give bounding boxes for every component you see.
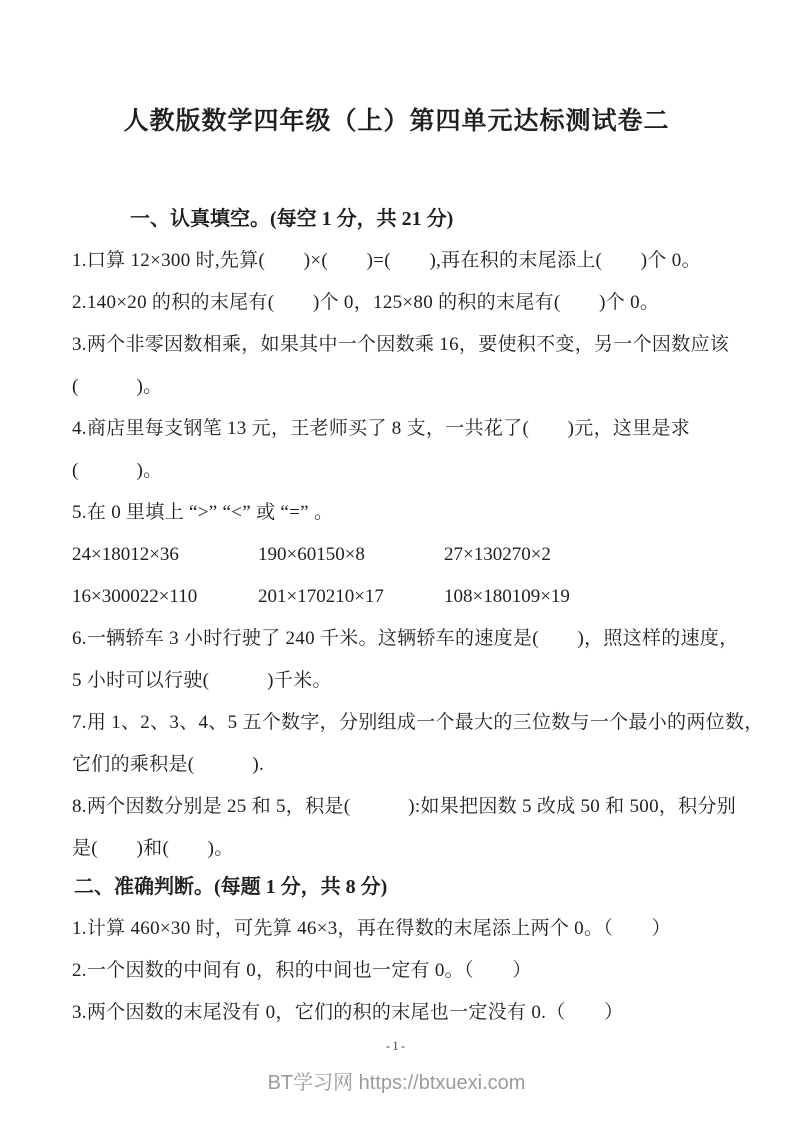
section-fill-heading: 一、认真填空。(每空 1 分，共 21 分) xyxy=(72,206,737,232)
page-number: -1- xyxy=(0,1038,793,1054)
compare-item: 108×180109×19 xyxy=(444,576,737,618)
fill-q3-line2: ( )。 xyxy=(72,366,737,408)
worksheet-body: 一、认真填空。(每空 1 分，共 21 分) 1.口算 12×300 时,先算(… xyxy=(0,206,793,1034)
compare-item: 201×170210×17 xyxy=(258,576,444,618)
judge-q3: 3.两个因数的末尾没有 0，它们的积的末尾也一定没有 0.（ ） xyxy=(72,992,737,1034)
fill-q8-line2: 是( )和( )。 xyxy=(72,828,737,870)
fill-q1: 1.口算 12×300 时,先算( )×( )=( ),再在积的末尾添上( )个… xyxy=(72,240,737,282)
fill-q7-line2: 它们的乘积是( ). xyxy=(72,744,737,786)
fill-q6-line2: 5 小时可以行驶( )千米。 xyxy=(72,660,737,702)
fill-q5: 5.在 0 里填上 “>” “<” 或 “=” 。 xyxy=(72,492,737,534)
compare-item: 24×18012×36 xyxy=(72,534,258,576)
worksheet-page: 人教版数学四年级（上）第四单元达标测试卷二 一、认真填空。(每空 1 分，共 2… xyxy=(0,0,793,1122)
fill-q4-line1: 4.商店里每支钢笔 13 元，王老师买了 8 支，一共花了( )元，这里是求 xyxy=(72,408,737,450)
fill-section-lines: 1.口算 12×300 时,先算( )×( )=( ),再在积的末尾添上( )个… xyxy=(72,240,737,870)
judge-section-lines: 1.计算 460×30 时，可先算 46×3，再在得数的末尾添上两个 0。（ ）… xyxy=(72,908,737,1034)
fill-q6-line1: 6.一辆轿车 3 小时行驶了 240 千米。这辆轿车的速度是( )，照这样的速度… xyxy=(72,618,737,660)
page-title: 人教版数学四年级（上）第四单元达标测试卷二 xyxy=(0,104,793,140)
fill-q3-line1: 3.两个非零因数相乘，如果其中一个因数乘 16，要使积不变，另一个因数应该 xyxy=(72,324,737,366)
judge-q1: 1.计算 460×30 时，可先算 46×3，再在得数的末尾添上两个 0。（ ） xyxy=(72,908,737,950)
compare-item: 190×60150×8 xyxy=(258,534,444,576)
judge-q2: 2.一个因数的中间有 0，积的中间也一定有 0。（ ） xyxy=(72,950,737,992)
compare-row-2: 16×300022×110 201×170210×17 108×180109×1… xyxy=(72,576,737,618)
compare-item: 27×130270×2 xyxy=(444,534,737,576)
footer-watermark: BT学习网 https://btxuexi.com xyxy=(0,1066,793,1095)
compare-item: 16×300022×110 xyxy=(72,576,258,618)
compare-row-1: 24×18012×36 190×60150×8 27×130270×2 xyxy=(72,534,737,576)
fill-q2: 2.140×20 的积的末尾有( )个 0，125×80 的积的末尾有( )个 … xyxy=(72,282,737,324)
fill-q7-line1: 7.用 1、2、3、4、5 五个数字，分别组成一个最大的三位数与一个最小的两位数… xyxy=(72,702,737,744)
fill-q4-line2: ( )。 xyxy=(72,450,737,492)
section-judge-heading: 二、准确判断。(每题 1 分，共 8 分) xyxy=(72,874,737,900)
fill-q8-line1: 8.两个因数分别是 25 和 5，积是( ):如果把因数 5 改成 50 和 5… xyxy=(72,786,737,828)
